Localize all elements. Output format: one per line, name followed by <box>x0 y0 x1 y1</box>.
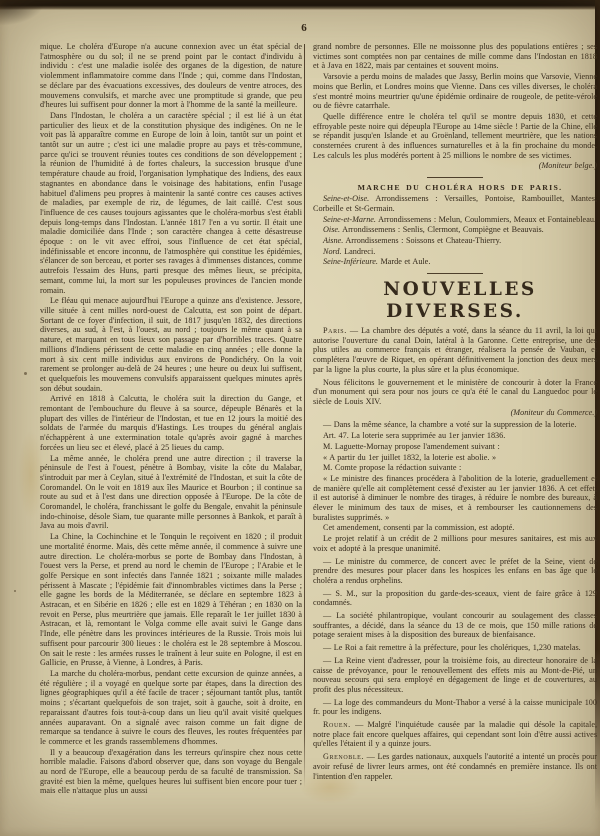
news-item: M. Comte propose la rédaction suivante : <box>313 463 597 473</box>
news-item: — Le ministre du commerce, de concert av… <box>313 557 597 586</box>
scan-corner-top-left <box>0 0 46 26</box>
news-item: Grenoble. — Les gardes nationaux, auxque… <box>313 752 597 781</box>
department-name: Seine-et-Oise. <box>323 194 369 203</box>
department-detail: Arrondissemens : Soissons et Chateau-Thi… <box>345 236 501 245</box>
department-detail: Marde et Aule. <box>380 257 430 266</box>
section-divider-rule <box>427 273 483 274</box>
news-item: M. Laguette-Mornay propose l'amendement … <box>313 442 597 452</box>
cholera-entry: Seine-et-Marne. Arrondissemens : Melun, … <box>313 215 597 225</box>
news-text: — La chambre des députés a voté, dans la… <box>313 326 597 374</box>
department-detail: Arrondissemens : Melun, Coulommiers, Mea… <box>378 215 596 224</box>
news-text: — Malgré l'inquiétude causée par la mala… <box>313 720 597 748</box>
news-item: Nous félicitons le gouvernement et le mi… <box>313 378 597 407</box>
news-dateline: Grenoble. <box>323 752 364 761</box>
article-paragraph: Dans l'Indostan, le choléra a un caractè… <box>40 111 302 295</box>
news-item: « A partir du 1er juillet 1832, la loter… <box>313 453 597 463</box>
cholera-entry: Seine-Inférieure. Marde et Aule. <box>313 257 597 267</box>
department-detail: Landreci. <box>344 247 375 256</box>
article-paragraph: Il y a beaucoup d'exagération dans les t… <box>40 748 302 797</box>
article-paragraph: Varsovie a perdu moins de malades que Ja… <box>313 72 597 111</box>
news-item: — Dans la même séance, la chambre a voté… <box>313 420 597 430</box>
news-dateline: Paris. <box>323 326 347 335</box>
column-divider <box>304 44 305 788</box>
cholera-section-title: MARCHE DU CHOLÉRA HORS DE PARIS. <box>313 183 597 193</box>
news-item: Rouen. — Malgré l'inquiétude causée par … <box>313 720 597 749</box>
paper-speck <box>24 372 27 375</box>
news-section-title: NOUVELLES DIVERSES. <box>313 279 597 323</box>
scan-edge-top <box>0 0 600 10</box>
newspaper-page: 6 mique. Le choléra d'Europe n'a aucune … <box>0 0 600 836</box>
news-item: — La Reine vient d'adresser, pour la tro… <box>313 656 597 695</box>
article-paragraph: La même année, le choléra prend une autr… <box>40 454 302 532</box>
paper-speck <box>14 590 16 592</box>
news-item: — Le Roi a fait remettre à la préfecture… <box>313 643 597 653</box>
news-attribution: (Moniteur du Commerce.) <box>313 408 597 418</box>
article-attribution: (Moniteur belge.) <box>313 161 597 171</box>
news-item: « Le ministre des finances procédera à l… <box>313 474 597 523</box>
news-item: — S. M., sur la proposition du garde-des… <box>313 589 597 608</box>
department-detail: Arrondissemens : Senlis, Clermont, Compi… <box>342 225 544 234</box>
department-name: Aisne. <box>323 236 343 245</box>
news-item: Art. 47. La loterie sera supprimée au 1e… <box>313 431 597 441</box>
department-name: Oise. <box>323 225 340 234</box>
news-item: Le projet relatif à un crédit de 2 milli… <box>313 534 597 553</box>
news-item: — La loge des commandeurs du Mont-Thabor… <box>313 698 597 717</box>
article-paragraph: Arrivé en 1818 à Calcutta, le choléra su… <box>40 394 302 452</box>
cholera-entry: Aisne. Arrondissemens : Soissons et Chat… <box>313 236 597 246</box>
department-name: Seine-Inférieure. <box>323 257 378 266</box>
news-item: Cet amendement, consenti par la commissi… <box>313 523 597 533</box>
article-paragraph: La Chine, la Cochinchine et le Tonquin l… <box>40 532 302 668</box>
cholera-entry: Seine-et-Oise. Arrondissemens : Versaill… <box>313 194 597 213</box>
article-paragraph: Quelle différence entre le choléra tel q… <box>313 112 597 161</box>
cholera-entry: Oise. Arrondissemens : Senlis, Clermont,… <box>313 225 597 235</box>
page-number: 6 <box>294 22 314 34</box>
news-item: — La société philantropique, voulant con… <box>313 611 597 640</box>
news-item: Paris. — La chambre des députés a voté, … <box>313 326 597 375</box>
article-paragraph: Le fléau qui menace aujourd'hui l'Europe… <box>40 296 302 393</box>
department-name: Seine-et-Marne. <box>323 215 376 224</box>
department-name: Nord. <box>323 247 342 256</box>
article-paragraph: mique. Le choléra d'Europe n'a aucune co… <box>40 42 302 110</box>
left-column: mique. Le choléra d'Europe n'a aucune co… <box>40 42 302 797</box>
news-dateline: Rouen. <box>323 720 351 729</box>
cholera-entry: Nord. Landreci. <box>313 247 597 257</box>
article-paragraph: grand nombre de personnes. Elle ne moiss… <box>313 42 597 71</box>
right-column: grand nombre de personnes. Elle ne moiss… <box>313 42 597 782</box>
section-divider-rule <box>427 177 483 178</box>
article-paragraph: La marche du choléra-morbus, pendant cet… <box>40 669 302 747</box>
